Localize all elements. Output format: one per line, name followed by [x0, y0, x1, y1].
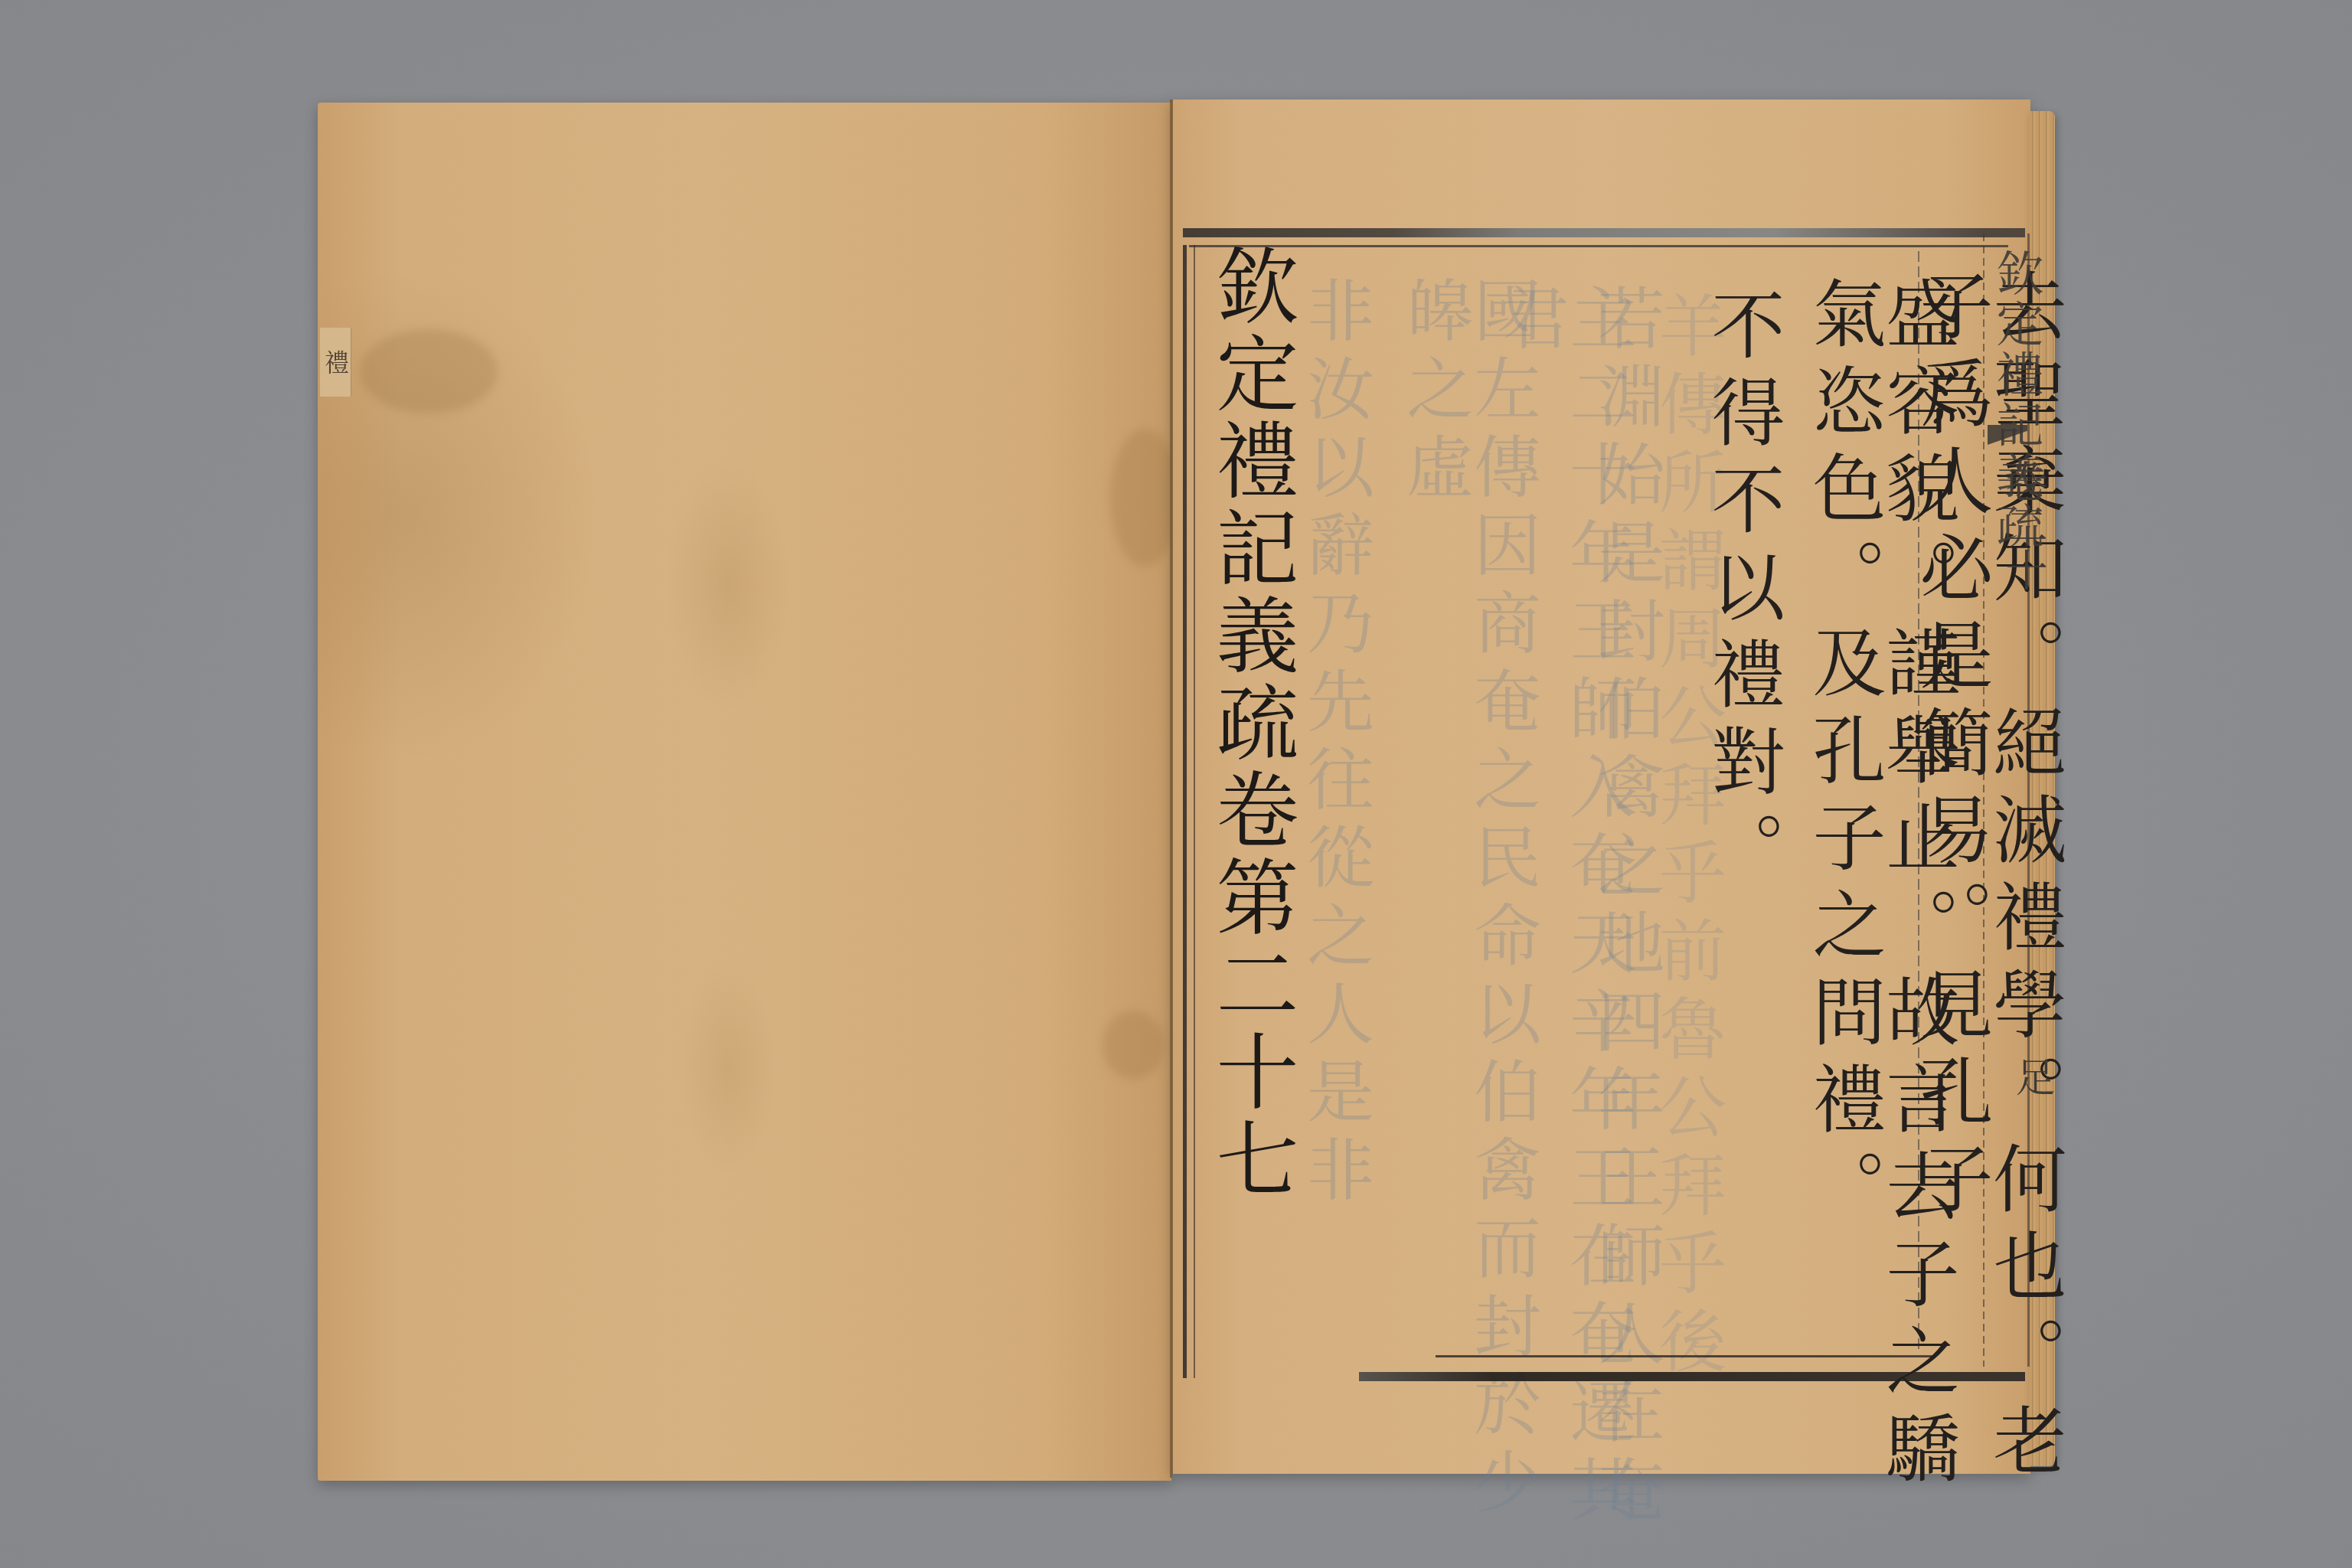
left-page: [318, 103, 1171, 1481]
frame-top-border: [1183, 228, 2025, 237]
edge-tab-label: 禮: [320, 328, 351, 397]
spine-fold: [1170, 100, 1172, 1478]
frame-left-border: [1183, 245, 1187, 1378]
fold-page-marker: 足: [2003, 1057, 2060, 1096]
text-column-2: 盛容貌。謹舉止。故言去子之驕氣恣色。及孔子之問禮。: [1807, 276, 1954, 1568]
frame-left-rule: [1194, 245, 1195, 1378]
text-column-3: 不得不以禮對。: [1706, 287, 1779, 898]
volume-title: 欽定禮記義疏卷第二十七: [1208, 243, 1291, 1204]
water-stain: [360, 329, 498, 413]
frame-top-rule: [1189, 245, 2008, 247]
water-stain: [1110, 429, 1179, 567]
water-stain: [1102, 1011, 1164, 1080]
photo-scene: 禮 非汝以辭乃先往從之人是非 國左傳因商奄之民命以伯禽而封於少皞之虛 主二十年王…: [0, 0, 2352, 1568]
fold-volume-number: 卷二十: [1992, 459, 2053, 593]
